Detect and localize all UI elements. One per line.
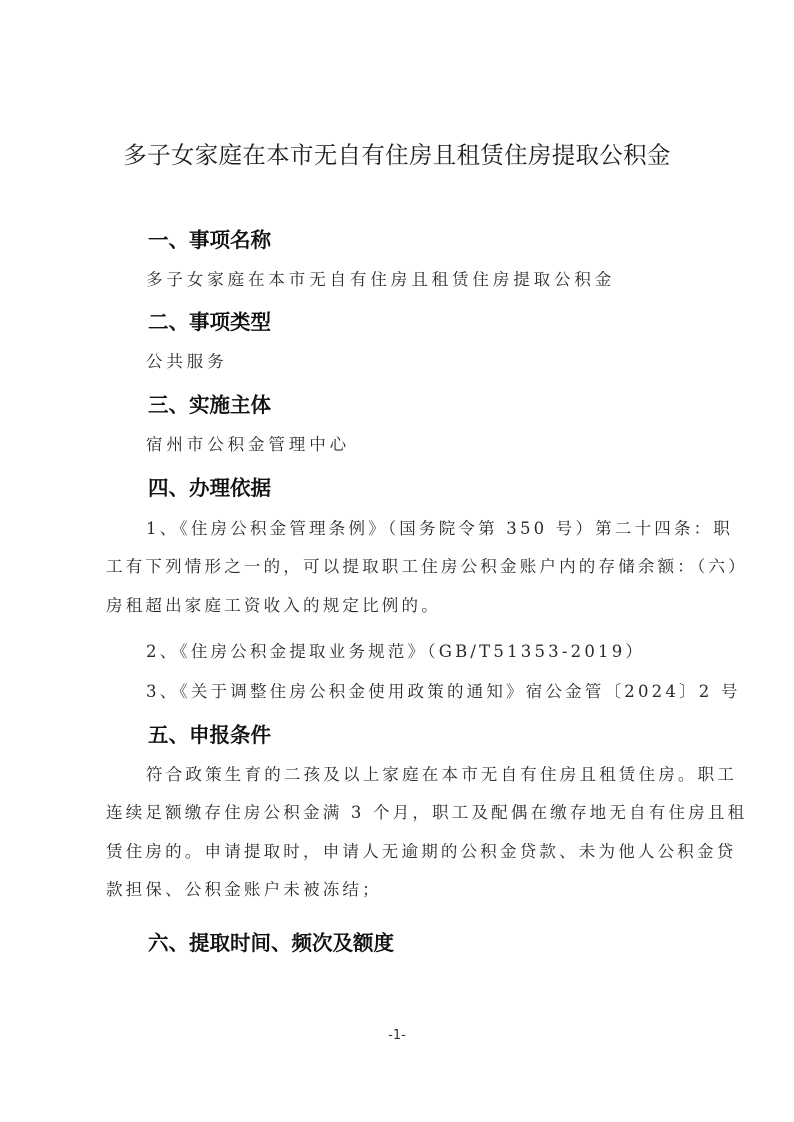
page-number: -1- xyxy=(0,1028,794,1043)
section-heading-implementing-body: 三、实施主体 xyxy=(148,390,271,420)
legal-basis-item-3: 3、《关于调整住房公积金使用政策的通知》宿公金管〔2024〕2 号 xyxy=(106,680,690,704)
application-conditions-text: 符合政策生育的二孩及以上家庭在本市无自有住房且租赁住房。职工 连续足额缴存住房公… xyxy=(106,763,690,913)
document-page: 多子女家庭在本市无自有住房且租赁住房提取公积金 一、事项名称 多子女家庭在本市无… xyxy=(0,0,794,1122)
section-heading-item-name: 一、事项名称 xyxy=(148,225,271,255)
application-conditions-line: 符合政策生育的二孩及以上家庭在本市无自有住房且租赁住房。职工 xyxy=(146,763,737,787)
section-heading-item-type: 二、事项类型 xyxy=(148,307,271,337)
legal-basis-item-1-line: 房租超出家庭工资收入的规定比例的。 xyxy=(106,594,441,618)
section-heading-legal-basis: 四、办理依据 xyxy=(148,473,271,503)
document-title: 多子女家庭在本市无自有住房且租赁住房提取公积金 xyxy=(0,137,794,173)
section-body-implementing-body: 宿州市公积金管理中心 xyxy=(146,433,350,457)
legal-basis-item-2: 2、《住房公积金提取业务规范》（GB/T51353-2019） xyxy=(106,640,690,664)
application-conditions-line: 连续足额缴存住房公积金满 3 个月，职工及配偶在缴存地无自有住房且租 xyxy=(106,801,747,825)
legal-basis-item-1: 1、《住房公积金管理条例》（国务院令第 350 号）第二十四条：职 工有下列情形… xyxy=(106,517,690,627)
legal-basis-item-2-line: 2、《住房公积金提取业务规范》（GB/T51353-2019） xyxy=(146,640,645,664)
application-conditions-line: 赁住房的。申请提取时，申请人无逾期的公积金贷款、未为他人公积金贷 xyxy=(106,840,736,864)
legal-basis-item-3-line: 3、《关于调整住房公积金使用政策的通知》宿公金管〔2024〕2 号 xyxy=(146,680,741,704)
section-heading-withdrawal-time-frequency-amount: 六、提取时间、频次及额度 xyxy=(148,928,394,958)
section-body-item-name: 多子女家庭在本市无自有住房且租赁住房提取公积金 xyxy=(146,268,615,292)
application-conditions-line: 款担保、公积金账户未被冻结； xyxy=(106,878,382,902)
section-body-item-type: 公共服务 xyxy=(146,350,228,374)
legal-basis-item-1-line: 1、《住房公积金管理条例》（国务院令第 350 号）第二十四条：职 xyxy=(146,517,733,541)
section-heading-application-conditions: 五、申报条件 xyxy=(148,720,271,750)
legal-basis-item-1-line: 工有下列情形之一的，可以提取职工住房公积金账户内的存储余额：（六） xyxy=(106,555,748,579)
